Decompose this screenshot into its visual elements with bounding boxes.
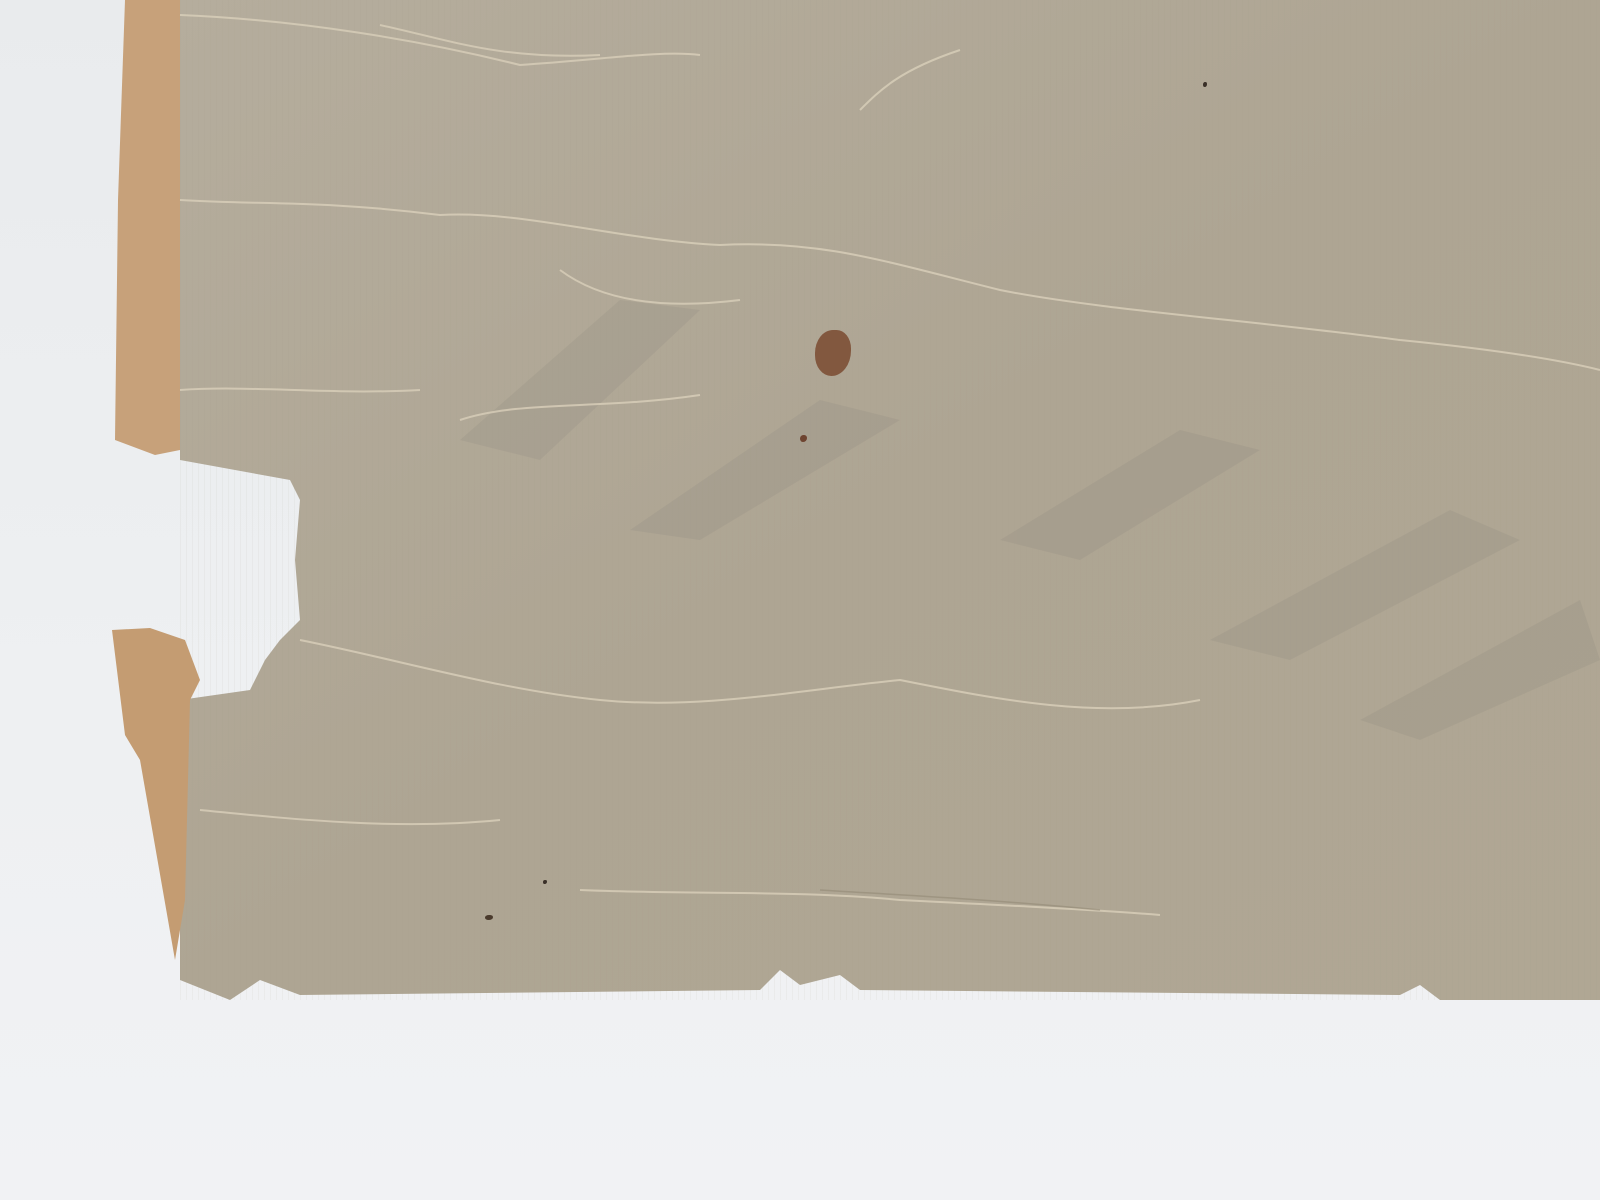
paper-fragment bbox=[0, 0, 1600, 1200]
